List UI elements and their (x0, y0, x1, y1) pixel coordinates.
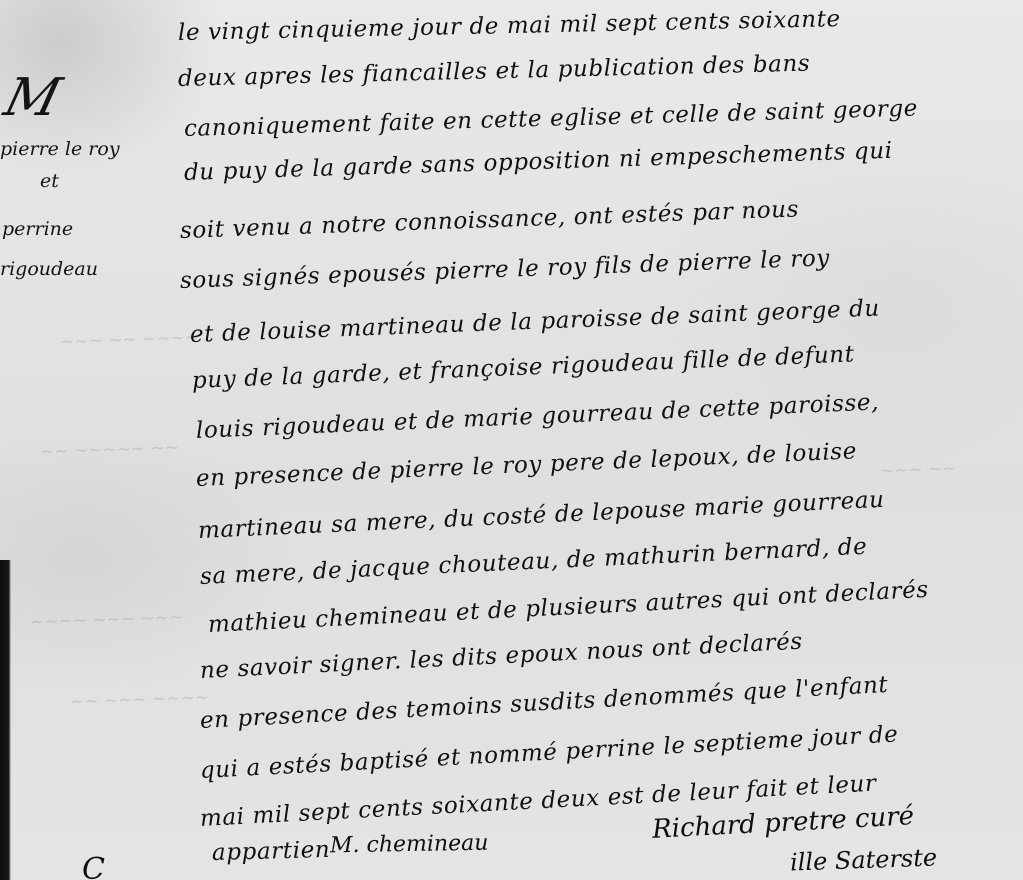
margin-groom-name: pierre le roy (0, 138, 120, 160)
record-line: canoniquement faite en cette eglise et c… (184, 96, 919, 142)
bleed-through-text: ~~~~ ~~~ ~~~ (30, 607, 184, 632)
record-line: mathieu chemineau et de plusieurs autres… (207, 577, 929, 638)
record-line: louis rigoudeau et de marie gourreau de … (195, 389, 879, 444)
record-line: sa mere, de jacque chouteau, de mathurin… (199, 534, 867, 590)
next-entry-fragment-left: C (82, 852, 105, 880)
priest-signature: Richard pretre curé (651, 801, 914, 845)
margin-conjunction: et (40, 170, 59, 192)
next-entry-fragment-right: ille Saterste (790, 843, 938, 876)
record-line: en presence de pierre le roy pere de lep… (195, 438, 857, 492)
bleed-through-text: ~~~ ~~ (880, 459, 957, 482)
record-line: soit venu a notre connoissance, ont esté… (180, 196, 800, 244)
record-line: deux apres les fiancailles et la publica… (178, 51, 811, 92)
bleed-through-text: ~~ ~~~~~ ~~ (40, 438, 180, 463)
record-line: puy de la garde, et françoise rigoudeau … (191, 341, 855, 394)
record-line: sous signés epousés pierre le roy fils d… (180, 245, 831, 294)
margin-bride-last-name: rigoudeau (0, 258, 98, 280)
margin-initial: M (0, 68, 61, 128)
record-line: du puy de la garde sans opposition ni em… (184, 138, 893, 186)
bleed-through-text: ~~ ~~~ ~~~~ (70, 688, 210, 713)
margin-bride-first-name: perrine (2, 218, 73, 240)
record-line: en presence des temoins susdits denommés… (199, 672, 889, 734)
record-line: martineau sa mere, du costé de lepouse m… (197, 487, 885, 544)
record-line: le vingt cinquieme jour de mai mil sept … (178, 6, 841, 46)
manuscript-page: ~~~ ~~ ~~~~ ~~ ~~~~~ ~~ ~~~~ ~~~ ~~~ ~~ … (0, 0, 1023, 880)
bleed-through-text: ~~~ ~~ ~~~~ (60, 328, 200, 353)
record-line: appartien (212, 837, 331, 866)
witness-signature: M. chemineau (330, 831, 489, 859)
record-line: et de louise martineau de la paroisse de… (190, 296, 881, 348)
binding-edge (0, 560, 11, 880)
record-line: ne savoir signer. les dits epoux nous on… (199, 629, 803, 684)
